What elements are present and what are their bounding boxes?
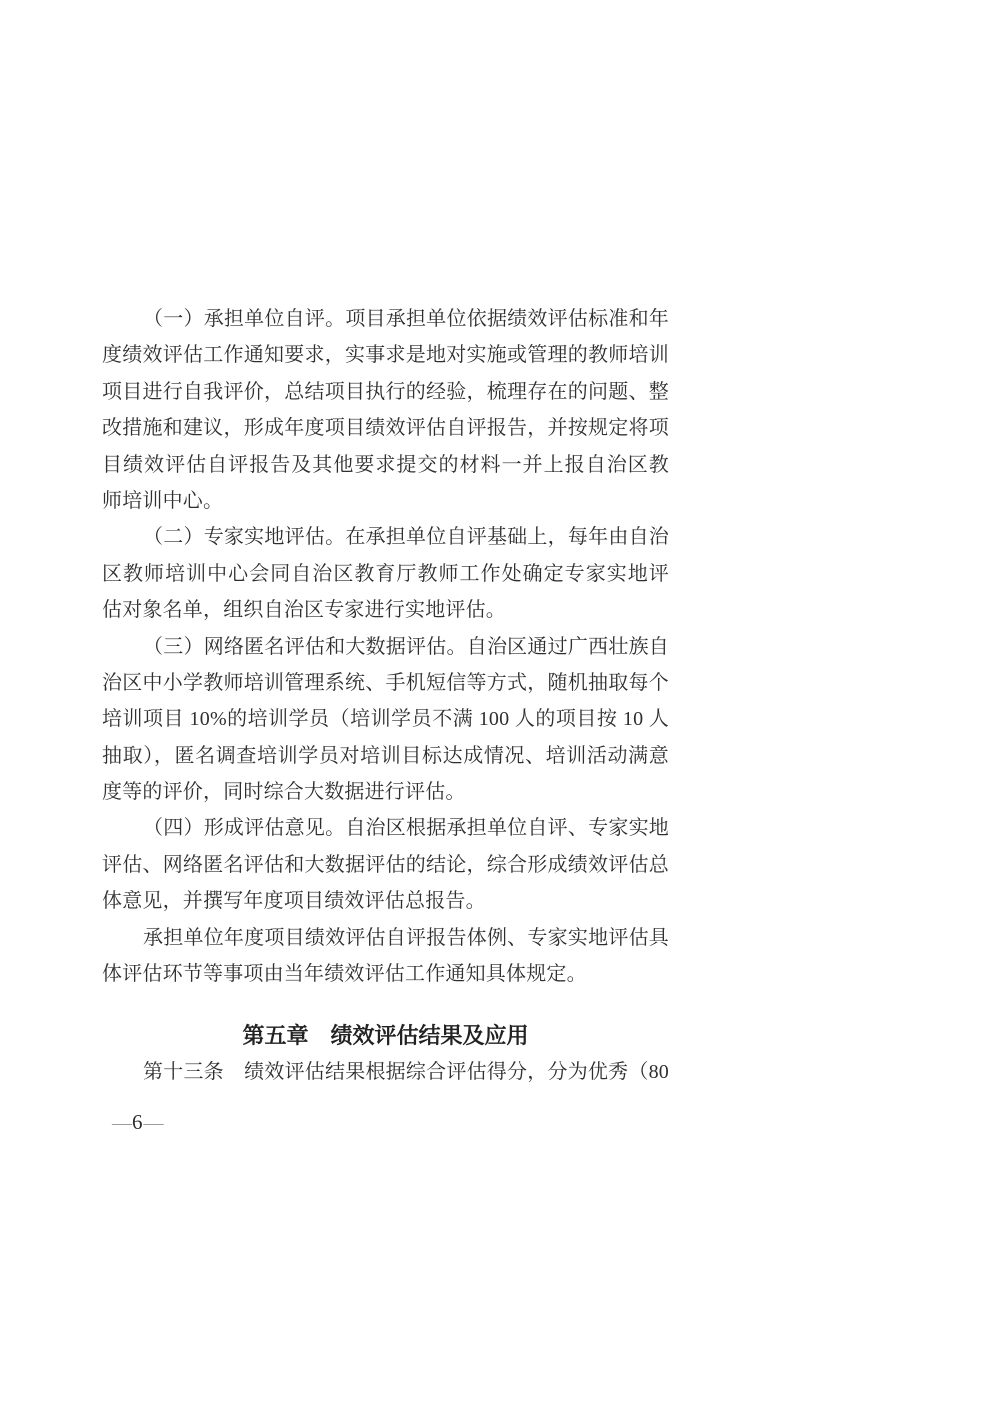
text-line: 目绩效评估自评报告及其他要求提交的材料一并上报自治区教 xyxy=(102,447,669,483)
text-line: 承担单位年度项目绩效评估自评报告体例、专家实地评估具 xyxy=(102,920,669,956)
paragraph-2: （二）专家实地评估。在承担单位自评基础上，每年由自治 区教师培训中心会同自治区教… xyxy=(102,519,669,628)
text-line: （四）形成评估意见。自治区根据承担单位自评、专家实地 xyxy=(102,810,669,846)
paragraph-6: 第十三条 绩效评估结果根据综合评估得分，分为优秀（80 xyxy=(102,1054,669,1090)
text-line: 培训项目 10%的培训学员（培训学员不满 100 人的项目按 10 人 xyxy=(102,701,669,737)
text-line: 区教师培训中心会同自治区教育厅教师工作处确定专家实地评 xyxy=(102,556,669,592)
text-line: 体意见，并撰写年度项目绩效评估总报告。 xyxy=(102,883,669,919)
text-line: 治区中小学教师培训管理系统、手机短信等方式，随机抽取每个 xyxy=(102,665,669,701)
paragraph-4: （四）形成评估意见。自治区根据承担单位自评、专家实地 评估、网络匿名评估和大数据… xyxy=(102,810,669,919)
text-line: （二）专家实地评估。在承担单位自评基础上，每年由自治 xyxy=(102,519,669,555)
paragraph-1: （一）承担单位自评。项目承担单位依据绩效评估标准和年 度绩效评估工作通知要求，实… xyxy=(102,301,669,519)
paragraph-3: （三）网络匿名评估和大数据评估。自治区通过广西壮族自 治区中小学教师培训管理系统… xyxy=(102,629,669,811)
text-line: 抽取），匿名调查培训学员对培训目标达成情况、培训活动满意 xyxy=(102,738,669,774)
text-line: （一）承担单位自评。项目承担单位依据绩效评估标准和年 xyxy=(102,301,669,337)
text-line: 第十三条 绩效评估结果根据综合评估得分，分为优秀（80 xyxy=(102,1054,669,1090)
page-number: —6— xyxy=(112,1106,163,1138)
text-line: 评估、网络匿名评估和大数据评估的结论，综合形成绩效评估总 xyxy=(102,847,669,883)
page-number-dash-right: — xyxy=(144,1112,163,1134)
document-body: （一）承担单位自评。项目承担单位依据绩效评估标准和年 度绩效评估工作通知要求，实… xyxy=(102,301,669,1091)
page-number-value: 6 xyxy=(131,1110,144,1134)
text-line: 度等的评价，同时综合大数据进行评估。 xyxy=(102,774,669,810)
text-line: 改措施和建议，形成年度项目绩效评估自评报告，并按规定将项 xyxy=(102,410,669,446)
text-line: 项目进行自我评价，总结项目执行的经验，梳理存在的问题、整 xyxy=(102,374,669,410)
document-page: （一）承担单位自评。项目承担单位依据绩效评估标准和年 度绩效评估工作通知要求，实… xyxy=(0,0,993,1404)
paragraph-5: 承担单位年度项目绩效评估自评报告体例、专家实地评估具 体评估环节等事项由当年绩效… xyxy=(102,920,669,993)
text-line: 师培训中心。 xyxy=(102,483,669,519)
page-number-dash-left: — xyxy=(112,1112,131,1134)
text-line: （三）网络匿名评估和大数据评估。自治区通过广西壮族自 xyxy=(102,629,669,665)
chapter-heading: 第五章 绩效评估结果及应用 xyxy=(102,1017,669,1054)
text-line: 度绩效评估工作通知要求，实事求是地对实施或管理的教师培训 xyxy=(102,337,669,373)
text-line: 体评估环节等事项由当年绩效评估工作通知具体规定。 xyxy=(102,956,669,992)
text-line: 估对象名单，组织自治区专家进行实地评估。 xyxy=(102,592,669,628)
